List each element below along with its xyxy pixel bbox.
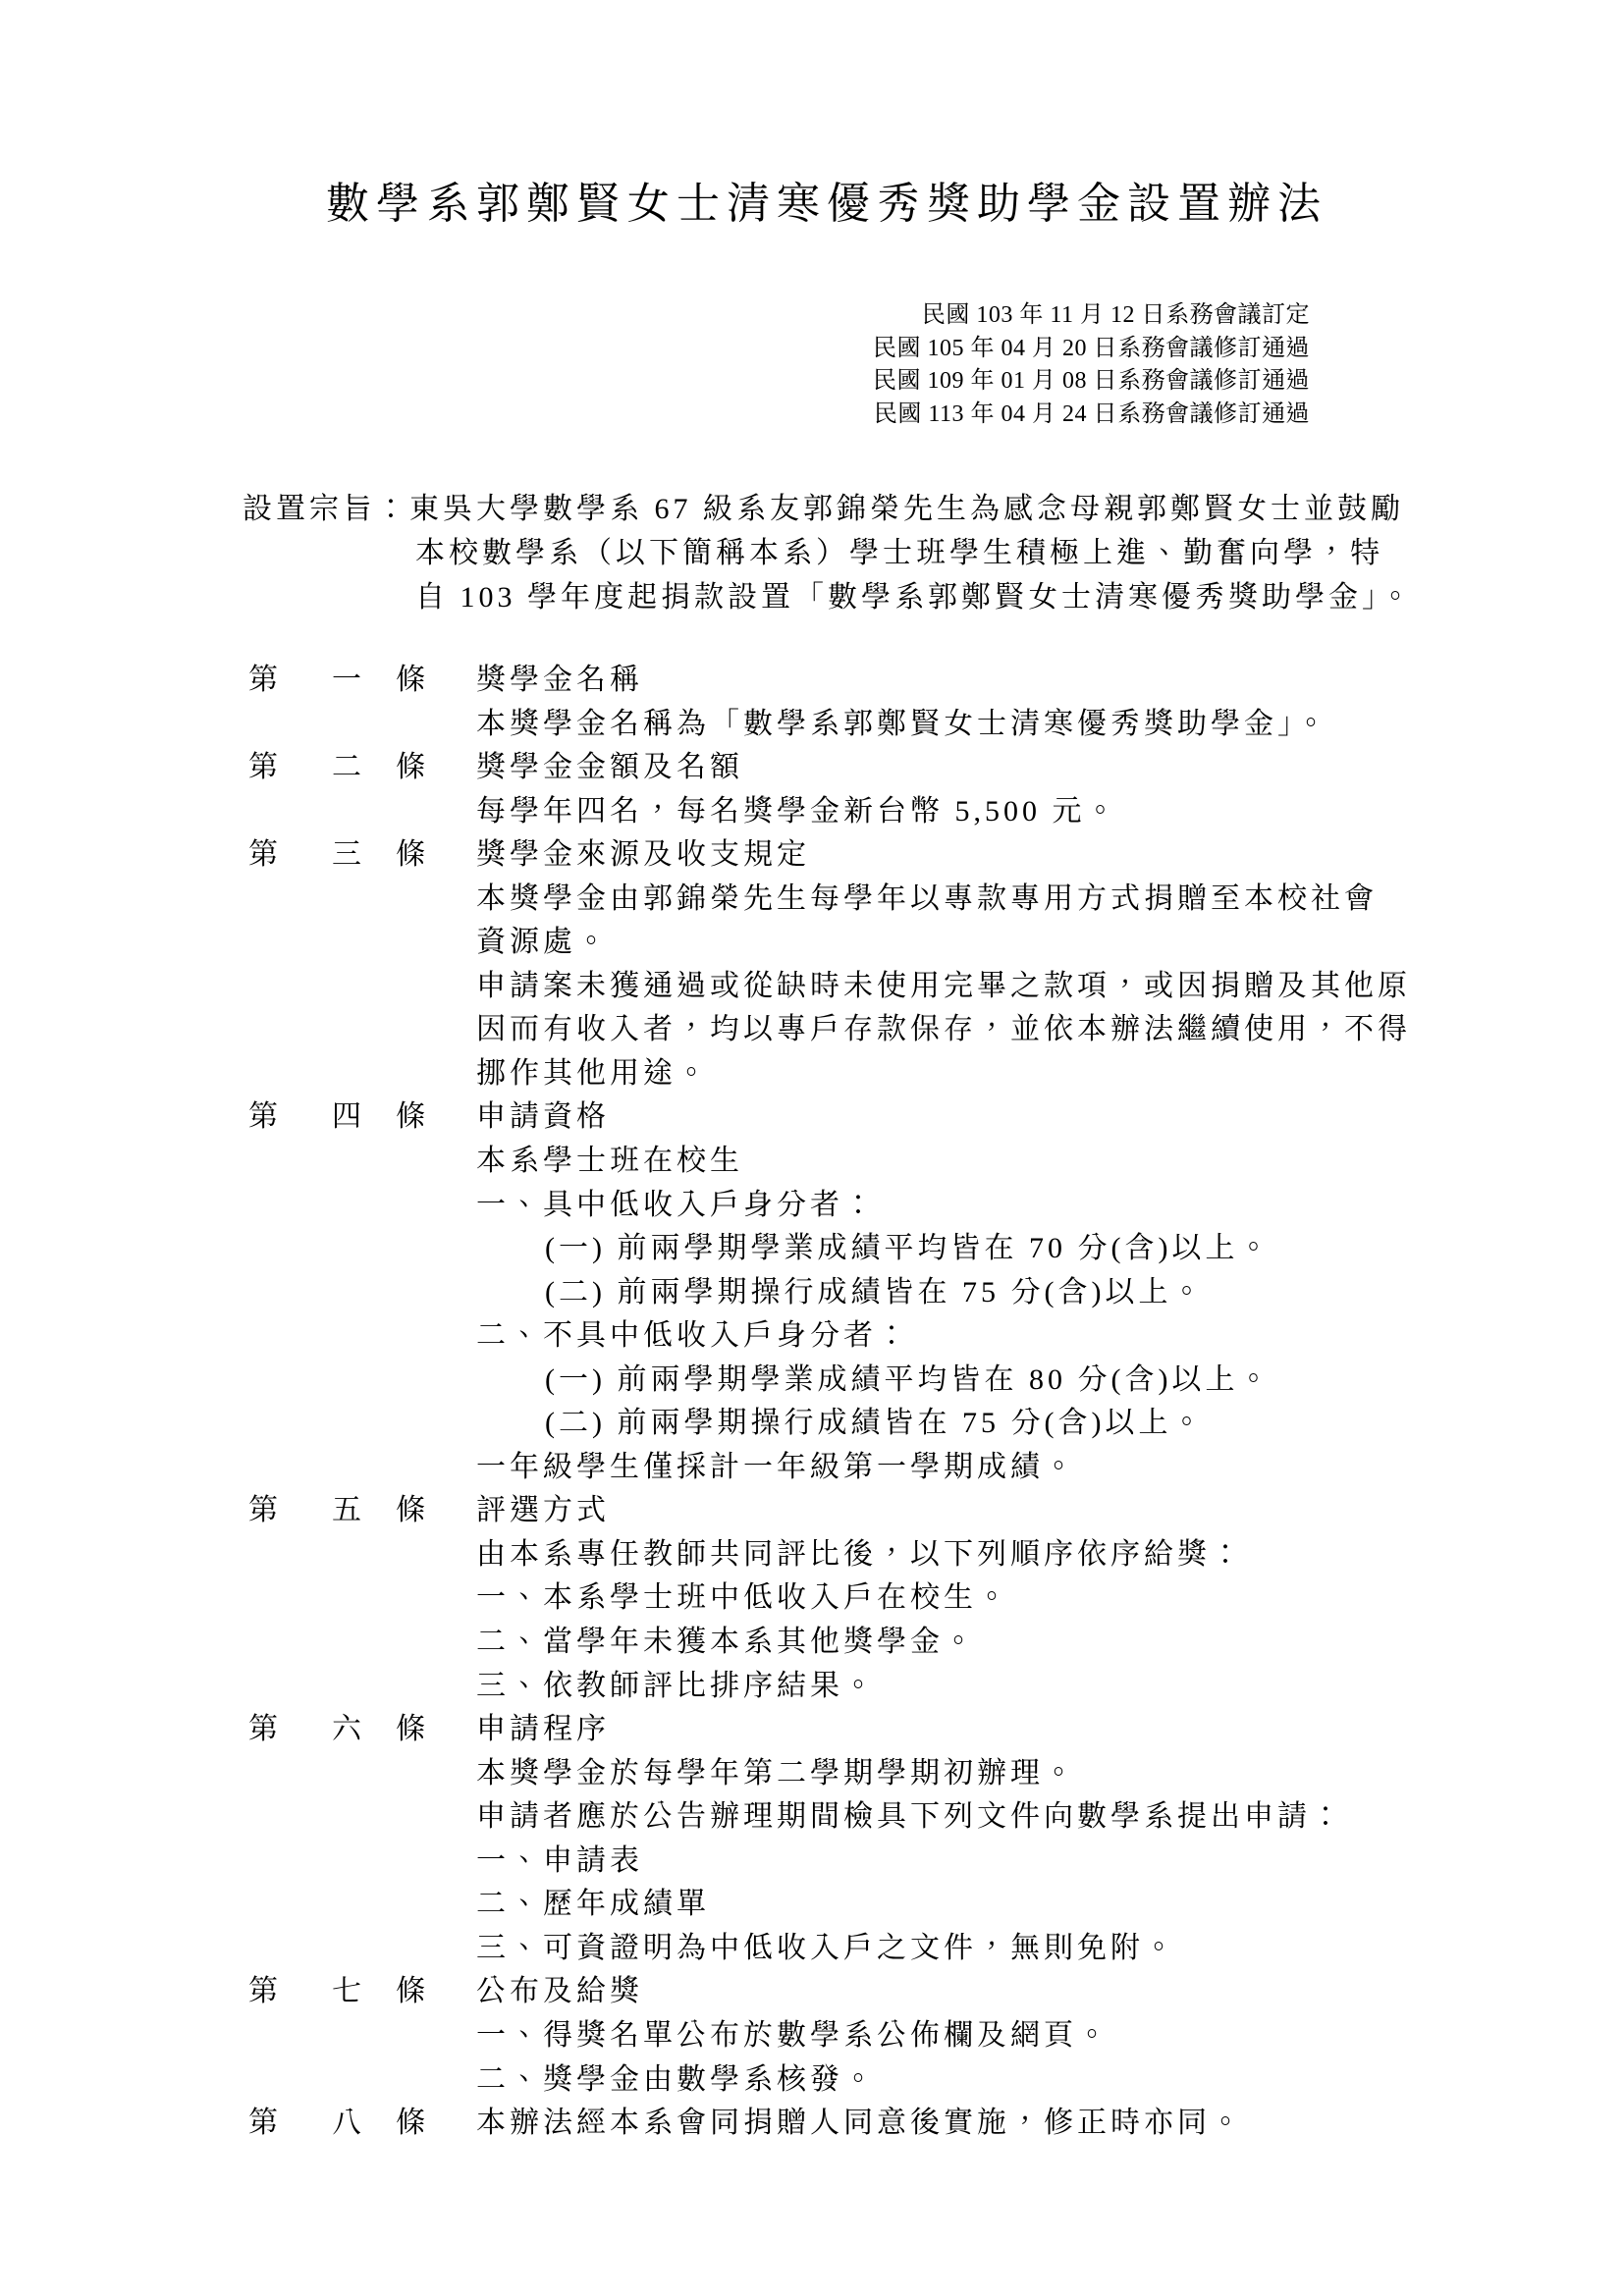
article-number-prefix: 第 xyxy=(248,1708,282,1752)
article-3: 第 三 條 獎學金來源及收支規定 本獎學金由郭錦榮先生每學年以專款專用方式捐贈至… xyxy=(248,833,1486,1095)
article-line: 挪作其他用途。 xyxy=(476,1052,1486,1096)
revision-date-line: 民國 103 年 11 月 12 日系務會議訂定 xyxy=(873,299,1310,333)
article-subline: (一) 前兩學期學業成績平均皆在 80 分(含)以上。 xyxy=(545,1359,1486,1403)
article-number: 八 xyxy=(332,2102,365,2146)
article-line: 申請者應於公告辦理期間檢具下列文件向數學系提出申請： xyxy=(476,1795,1486,1840)
article-number-prefix: 第 xyxy=(248,1970,282,2014)
revision-history: 民國 103 年 11 月 12 日系務會議訂定 民國 105 年 04 月 2… xyxy=(873,299,1310,431)
article-1: 第 一 條 獎學金名稱 本獎學金名稱為「數學系郭鄭賢女士清寒優秀獎助學金」。 xyxy=(248,659,1486,746)
article-line: 一、申請表 xyxy=(476,1840,1486,1884)
article-line: 申請案未獲通過或從缺時未使用完畢之款項，或因捐贈及其他原 xyxy=(476,965,1486,1009)
article-header: 第 四 條 申請資格 xyxy=(248,1095,1486,1140)
article-line: 一、本系學士班中低收入戶在校生。 xyxy=(476,1576,1486,1621)
article-title: 獎學金名稱 xyxy=(476,659,643,703)
article-line: 二、不具中低收入戶身分者： xyxy=(476,1314,1486,1359)
purpose-line: 設置宗旨：東吳大學數學系 67 級系友郭錦榮先生為感念母親郭鄭賢女士並鼓勵 xyxy=(243,487,1480,531)
article-line: 本獎學金於每學年第二學期學期初辦理。 xyxy=(476,1752,1486,1796)
article-subline: (一) 前兩學期學業成績平均皆在 70 分(含)以上。 xyxy=(545,1227,1486,1271)
document-page: 數學系郭鄭賢女士清寒優秀獎助學金設置辦法 民國 103 年 11 月 12 日系… xyxy=(0,0,1624,2296)
article-7: 第 七 條 公布及給獎 一、得獎名單公布於數學系公佈欄及網頁。 二、獎學金由數學… xyxy=(248,1970,1486,2102)
revision-date-line: 民國 109 年 01 月 08 日系務會議修訂通過 xyxy=(873,365,1310,399)
article-header: 第 一 條 獎學金名稱 xyxy=(248,659,1486,703)
article-header: 第 六 條 申請程序 xyxy=(248,1708,1486,1752)
article-number: 二 xyxy=(332,746,365,790)
article-title: 公布及給獎 xyxy=(476,1970,643,2014)
article-number-prefix: 第 xyxy=(248,2102,282,2146)
article-title: 本辦法經本系會同捐贈人同意後實施，修正時亦同。 xyxy=(476,2102,1244,2146)
article-header: 第 二 條 獎學金金額及名額 xyxy=(248,746,1486,790)
revision-date-line: 民國 105 年 04 月 20 日系務會議修訂通過 xyxy=(873,333,1310,366)
article-line: 本獎學金由郭錦榮先生每學年以專款專用方式捐贈至本校社會 xyxy=(476,878,1486,922)
article-number: 四 xyxy=(332,1095,365,1140)
article-number-prefix: 第 xyxy=(248,746,282,790)
purpose-text: 東吳大學數學系 67 級系友郭錦榮先生為感念母親郭鄭賢女士並鼓勵 xyxy=(409,493,1404,525)
article-line: 本系學士班在校生 xyxy=(476,1140,1486,1184)
article-5: 第 五 條 評選方式 由本系專任教師共同評比後，以下列順序依序給獎： 一、本系學… xyxy=(248,1489,1486,1708)
revision-date-line: 民國 113 年 04 月 24 日系務會議修訂通過 xyxy=(873,399,1310,432)
article-number: 六 xyxy=(332,1708,365,1752)
document-title: 數學系郭鄭賢女士清寒優秀獎助學金設置辦法 xyxy=(326,179,1327,230)
article-title: 申請資格 xyxy=(476,1095,610,1140)
purpose-line: 自 103 學年度起捐款設置「數學系郭鄭賢女士清寒優秀獎助學金」。 xyxy=(415,575,1480,619)
article-header: 第 三 條 獎學金來源及收支規定 xyxy=(248,833,1486,878)
article-number-suffix: 條 xyxy=(396,1970,429,2014)
article-line: 三、可資證明為中低收入戶之文件，無則免附。 xyxy=(476,1927,1486,1971)
article-number-prefix: 第 xyxy=(248,659,282,703)
article-line: 本獎學金名稱為「數學系郭鄭賢女士清寒優秀獎助學金」。 xyxy=(476,703,1486,747)
article-line: 二、獎學金由數學系核發。 xyxy=(476,2058,1486,2103)
article-title: 獎學金金額及名額 xyxy=(476,746,743,790)
article-header: 第 五 條 評選方式 xyxy=(248,1489,1486,1533)
article-number-suffix: 條 xyxy=(396,1489,429,1533)
purpose-line: 本校數學系（以下簡稱本系）學士班學生積極上進、勤奮向學，特 xyxy=(415,531,1480,575)
article-title: 獎學金來源及收支規定 xyxy=(476,833,810,878)
article-subline: (二) 前兩學期操行成績皆在 75 分(含)以上。 xyxy=(545,1402,1486,1446)
article-line: 一年級學生僅採計一年級第一學期成績。 xyxy=(476,1446,1486,1490)
article-line: 二、歷年成績單 xyxy=(476,1883,1486,1927)
article-number: 五 xyxy=(332,1489,365,1533)
article-number-suffix: 條 xyxy=(396,1708,429,1752)
article-number-suffix: 條 xyxy=(396,833,429,878)
article-line: 每學年四名，每名獎學金新台幣 5,500 元。 xyxy=(476,790,1486,834)
article-number-suffix: 條 xyxy=(396,659,429,703)
article-number-prefix: 第 xyxy=(248,833,282,878)
articles-section: 第 一 條 獎學金名稱 本獎學金名稱為「數學系郭鄭賢女士清寒優秀獎助學金」。 第… xyxy=(248,659,1486,2146)
article-number: 七 xyxy=(332,1970,365,2014)
article-number-suffix: 條 xyxy=(396,1095,429,1140)
article-line: 一、具中低收入戶身分者： xyxy=(476,1184,1486,1228)
purpose-section: 設置宗旨：東吳大學數學系 67 級系友郭錦榮先生為感念母親郭鄭賢女士並鼓勵 本校… xyxy=(243,487,1480,619)
article-line: 二、當學年未獲本系其他獎學金。 xyxy=(476,1621,1486,1665)
purpose-label: 設置宗旨： xyxy=(243,493,409,525)
article-6: 第 六 條 申請程序 本獎學金於每學年第二學期學期初辦理。 申請者應於公告辦理期… xyxy=(248,1708,1486,1970)
article-number: 三 xyxy=(332,833,365,878)
article-title: 申請程序 xyxy=(476,1708,610,1752)
article-8: 第 八 條 本辦法經本系會同捐贈人同意後實施，修正時亦同。 xyxy=(248,2102,1486,2146)
article-title: 評選方式 xyxy=(476,1489,610,1533)
article-header: 第 八 條 本辦法經本系會同捐贈人同意後實施，修正時亦同。 xyxy=(248,2102,1486,2146)
article-number-suffix: 條 xyxy=(396,2102,429,2146)
article-4: 第 四 條 申請資格 本系學士班在校生 一、具中低收入戶身分者： (一) 前兩學… xyxy=(248,1095,1486,1489)
article-line: 一、得獎名單公布於數學系公佈欄及網頁。 xyxy=(476,2014,1486,2058)
article-2: 第 二 條 獎學金金額及名額 每學年四名，每名獎學金新台幣 5,500 元。 xyxy=(248,746,1486,833)
article-line: 由本系專任教師共同評比後，以下列順序依序給獎： xyxy=(476,1533,1486,1577)
article-number: 一 xyxy=(332,659,365,703)
article-number-prefix: 第 xyxy=(248,1095,282,1140)
article-header: 第 七 條 公布及給獎 xyxy=(248,1970,1486,2014)
article-number-suffix: 條 xyxy=(396,746,429,790)
article-line: 資源處。 xyxy=(476,921,1486,965)
article-line: 三、依教師評比排序結果。 xyxy=(476,1665,1486,1709)
article-subline: (二) 前兩學期操行成績皆在 75 分(含)以上。 xyxy=(545,1271,1486,1315)
article-line: 因而有收入者，均以專戶存款保存，並依本辦法繼續使用，不得 xyxy=(476,1008,1486,1052)
article-number-prefix: 第 xyxy=(248,1489,282,1533)
